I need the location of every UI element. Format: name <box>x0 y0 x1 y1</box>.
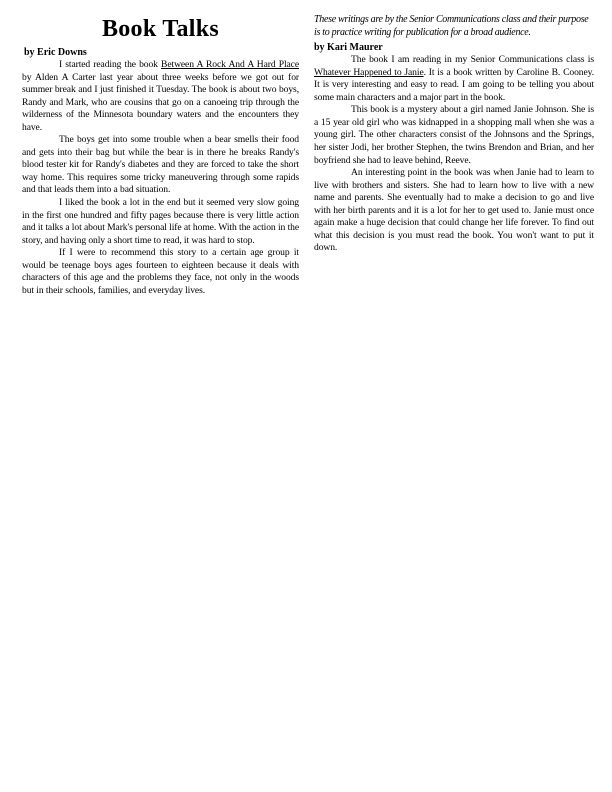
article-paragraph: This book is a mystery about a girl name… <box>314 104 594 167</box>
article-paragraph: I liked the book a lot in the end but it… <box>22 197 299 247</box>
paragraph-text: The book I am reading in my Senior Commu… <box>351 54 594 65</box>
article-paragraph: I started reading the book Between A Roc… <box>22 59 299 134</box>
article-paragraph: An interesting point in the book was whe… <box>314 167 594 255</box>
paragraph-text: I started reading the book <box>59 59 161 70</box>
byline-eric-downs: by Eric Downs <box>22 47 299 59</box>
right-column: These writings are by the Senior Communi… <box>314 12 594 255</box>
byline-kari-maurer: by Kari Maurer <box>314 42 594 54</box>
book-title: Whatever Happened to Janie <box>314 67 424 78</box>
article-paragraph: If I were to recommend this story to a c… <box>22 247 299 297</box>
article-paragraph: The book I am reading in my Senior Commu… <box>314 54 594 104</box>
page-title: Book Talks <box>22 14 299 44</box>
intro-note: These writings are by the Senior Communi… <box>314 14 594 39</box>
left-column: Book Talks by Eric Downs I started readi… <box>22 12 299 297</box>
book-title: Between A Rock And A Hard Place <box>161 59 299 70</box>
paragraph-text: by Alden A Carter last year about three … <box>22 72 299 133</box>
article-paragraph: The boys get into some trouble when a be… <box>22 134 299 197</box>
